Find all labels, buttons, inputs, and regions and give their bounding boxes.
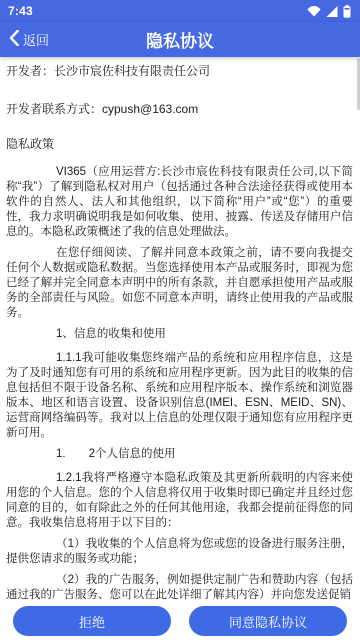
footer-button-bar: 拒绝 同意隐私协议 [0, 602, 360, 640]
privacy-paragraph: 1.2.1我将严格遵守本隐私政策及其更新所载明的内容来使用您的个人信息。您的个人… [6, 471, 353, 531]
privacy-policy-title: 隐私政策 [6, 137, 353, 152]
chevron-left-icon [9, 30, 19, 49]
privacy-paragraph: 1.1.1我可能收集您终端产品的系统和应用程序信息，这是为了及时通知您有可用的系… [6, 351, 353, 441]
wifi-icon [307, 6, 321, 17]
page-title: 隐私协议 [146, 27, 214, 52]
section-heading: 1. 2个人信息的使用 [6, 447, 353, 462]
battery-icon [343, 5, 351, 18]
back-button-label: 返回 [23, 30, 49, 49]
content-scroll-area[interactable]: 开发者：长沙市宸佐科技有限责任公司 开发者联系方式：cypush@163.com… [0, 57, 360, 640]
nav-bar: 返回 隐私协议 [0, 22, 360, 57]
section-heading: 1、信息的收集和使用 [6, 327, 353, 342]
privacy-paragraph: （1）我收集的个人信息将为您或您的设备进行服务注册，提供您请求的服务或功能； [6, 537, 353, 567]
status-icons [307, 5, 351, 18]
reject-button[interactable]: 拒绝 [13, 606, 171, 636]
agree-privacy-button[interactable]: 同意隐私协议 [189, 606, 347, 636]
developer-line: 开发者：长沙市宸佐科技有限责任公司 [6, 64, 353, 79]
status-bar: 7:43 [0, 0, 360, 22]
back-button[interactable]: 返回 [9, 22, 49, 57]
app-root: 7:43 [0, 0, 360, 640]
status-time: 7:43 [8, 4, 33, 18]
privacy-paragraph: 在您仔细阅读、了解并同意本政策之前，请不要向我提交任何个人数据或隐私数据。当您选… [6, 246, 353, 321]
privacy-paragraph: VI365（应用运营方:长沙市宸佐科技有限责任公司,以下简称“我”）了解到隐私权… [6, 165, 353, 240]
developer-contact-line: 开发者联系方式：cypush@163.com [6, 102, 353, 117]
cellular-signal-icon [326, 6, 338, 17]
privacy-paragraph: （2）我的广告服务，例如提供定制广告和赞助内容（包括通过我的广告服务、您可以在此… [6, 573, 353, 603]
